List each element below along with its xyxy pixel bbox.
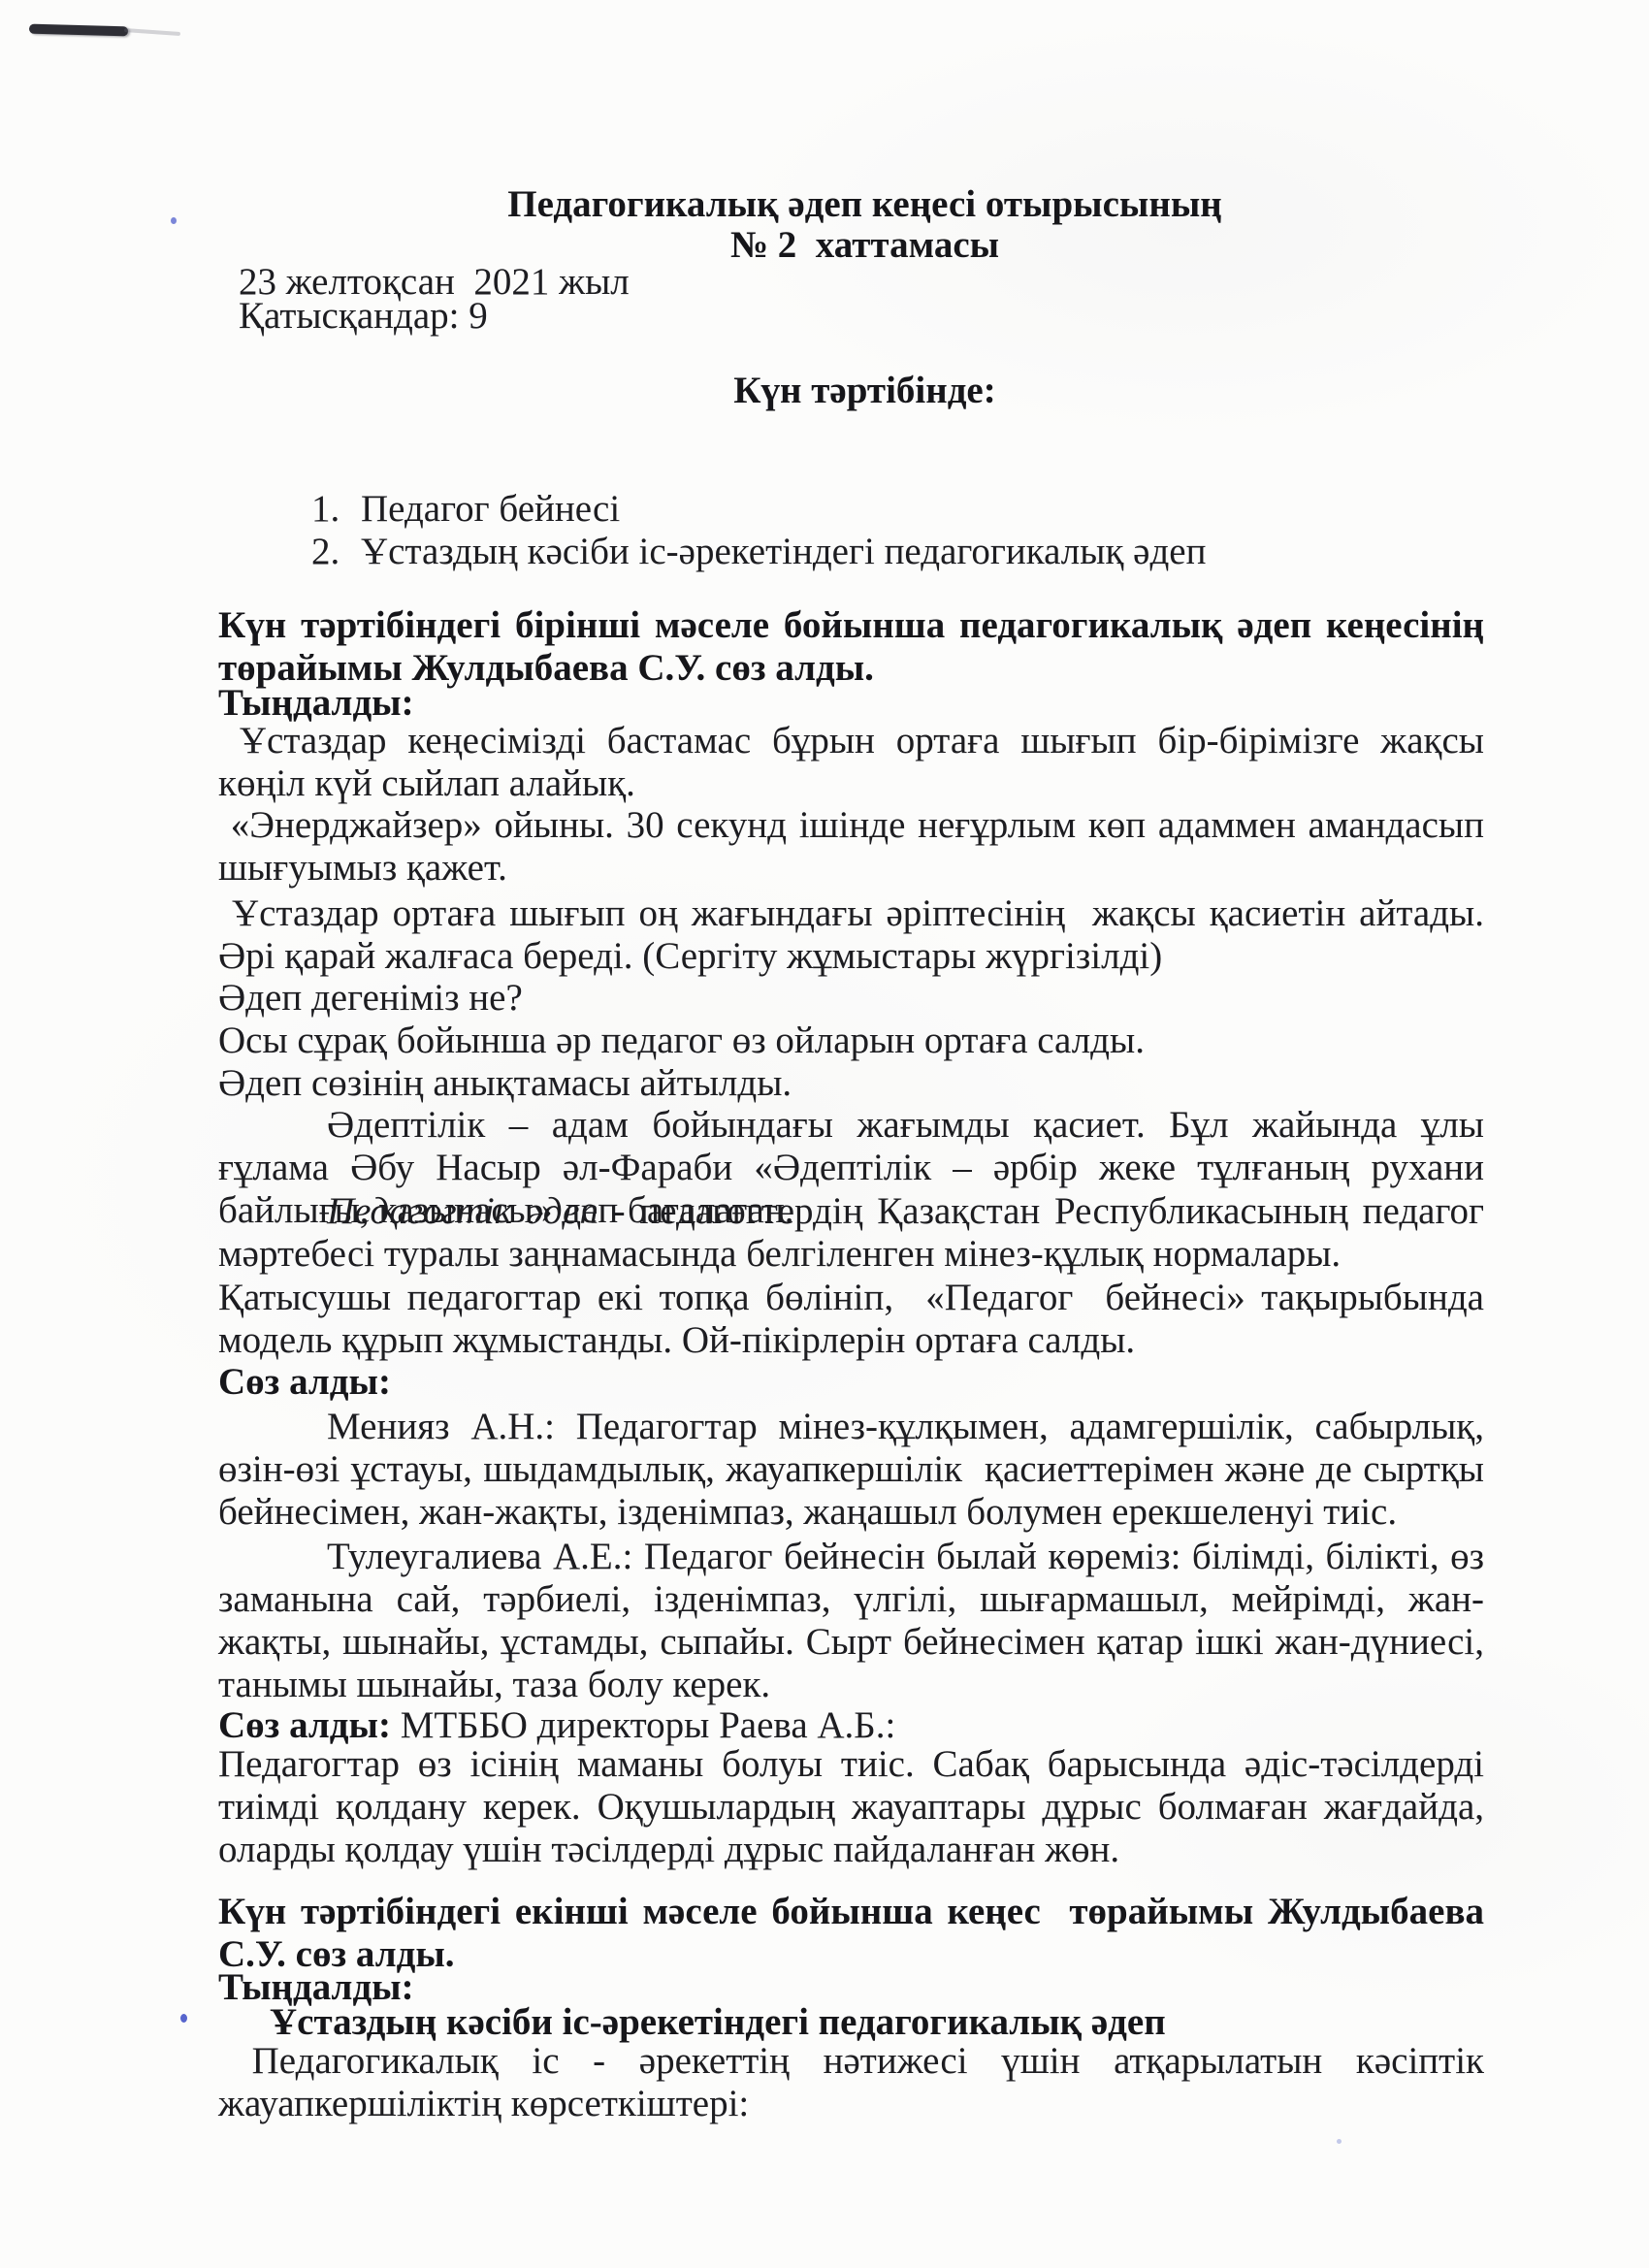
ink-speck [171,217,177,224]
paragraph-meniyaz-speech: Менияз А.Н.: Педагогтар мінез-құлқымен, … [218,1406,1484,1534]
paragraph-raeva-speech: Педагогтар өз ісінің маманы болуы тиіс. … [218,1743,1484,1871]
paragraph-energizer-game: «Энерджайзер» ойыны. 30 секунд ішінде не… [218,804,1484,890]
agenda-item-2: 2.Ұстаздың кәсіби іс-әрекетіндегі педаго… [274,488,1206,616]
participants-count: Қатысқандар: 9 [239,295,488,338]
paragraph-pedagogical-ethics-definition: Педагогтік әдеп - педагогтердің Қазақста… [218,1190,1484,1276]
heard-label: Тыңдалды: [218,682,1484,725]
agenda-item-number: 2. [311,531,361,573]
agenda-heading: Күн тәртібінде: [232,370,1498,412]
paragraph-tuleugaliyeva-speech: Тулеугалиева А.Е.: Педагог бейнесін была… [218,1536,1484,1706]
paragraph-director-intro: Сөз алды: МТББО директоры Раева А.Б.: [218,1704,1484,1747]
document-title: Педагогикалық әдеп кеңесі отырысының [232,183,1498,226]
paragraph-definition-given: Әдеп сөзінің анықтамасы айтылды. [218,1062,1484,1105]
agenda-item-label: Ұстаздың кәсіби іс-әрекетіндегі педагоги… [361,531,1206,572]
ink-speck [1337,2139,1342,2144]
paragraph-compliments-activity: Ұстаздар ортаға шығып оң жағындағы әріпт… [218,892,1484,978]
term-pedagogical-ethics: Педагогтік әдеп [327,1190,598,1232]
ink-speck [180,2014,187,2023]
issue2-heading: Күн тәртібіндегі екінші мәселе бойынша к… [218,1891,1484,1976]
paragraph-teachers-opinions: Осы сұрақ бойынша әр педагог өз ойларын … [218,1020,1484,1062]
paragraph-ethics-question: Әдеп дегеніміз не? [218,977,1484,1020]
spoke-label: Сөз алды: [218,1361,1484,1404]
director-name: МТББО директоры Раева А.Б.: [391,1704,895,1746]
scanned-document-page: Педагогикалық әдеп кеңесі отырысының № 2… [0,0,1649,2268]
paragraph-group-work: Қатысушы педагогтар екі топқа бөлініп, «… [218,1277,1484,1362]
spoke-label: Сөз алды: [218,1704,391,1746]
issue1-heading: Күн тәртібіндегі бірінші мәселе бойынша … [218,604,1484,690]
pen-smudge-tail [124,28,180,36]
pen-smudge-mark [29,24,128,37]
paragraph-warmup: Ұстаздар кеңесімізді бастамас бұрын орта… [218,720,1484,805]
paragraph-responsibility-indicators: Педагогикалық іс - әрекеттің нәтижесі үш… [218,2040,1484,2125]
topic2-title: Ұстаздың кәсіби іс-әрекетіндегі педагоги… [218,2001,1484,2044]
